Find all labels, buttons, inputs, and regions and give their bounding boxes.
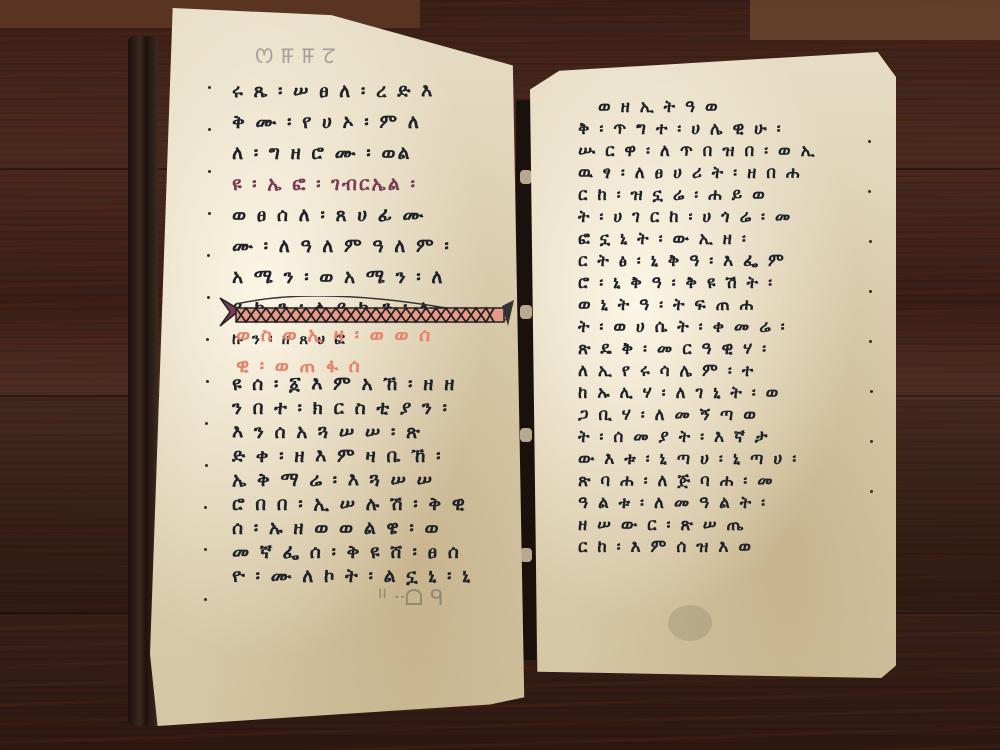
text-line: ወ ዘ ኢ ት ዓ ወ	[578, 96, 817, 118]
pricking-hole	[207, 296, 210, 299]
pricking-hole	[870, 440, 873, 443]
pricking-hole	[870, 490, 873, 493]
text-line: ዮ ፡ ሙ ለ ኮ ት ፡ ል ኗ ኒ ፡ ኒ	[232, 564, 472, 588]
text-line: ጋ ቢ ሃ ፡ ለ መ ኝ ጣ ወ	[578, 404, 817, 426]
pricking-hole	[868, 190, 871, 193]
text-line: ር ከ ፡ እ ም ሰ ዝ እ ወ	[578, 536, 817, 558]
text-line: ው እ ቱ ፡ ኒ ጣ ሀ ፡ ኒ ጣ ሀ ፡	[578, 448, 817, 470]
right-text: ወ ዘ ኢ ት ዓ ወ ቅ ፡ ጥ ግ ተ ፡ ሀ ሌ ዊ ሁ ፡ ሡ ር ዋ …	[578, 96, 817, 558]
pricking-hole	[204, 548, 207, 551]
pricking-hole	[204, 598, 207, 601]
text-line: ጽ ዴ ቅ ፡ መ ር ዓ ዊ ሃ ፡	[578, 338, 817, 360]
text-line: ዩ ሰ ፡ ፩ እ ም አ ኸ ፡ ዘ ዘ	[232, 372, 472, 396]
binding-stitch	[520, 305, 532, 319]
text-line: ፎ ኗ ኒ ት ፡ ው ኢ ዘ ፡	[578, 228, 817, 250]
text-line: ሩ ጼ ፡ ሠ ፀ ለ ፡ ረ ድ እ	[232, 76, 451, 107]
text-line: ሙ ፡ ለ ዓ ለ ም ዓ ለ ም ፡	[232, 231, 451, 262]
text-line: ት ፡ ሰ መ ያ ት ፡ እ ኛ ታ	[578, 426, 817, 448]
stain-mark	[668, 605, 712, 641]
binding-stitch	[520, 170, 532, 184]
text-line: ት ፡ ወ ሀ ሴ ት ፡ ቀ መ ሬ ፡	[578, 316, 817, 338]
text-line: ቅ ፡ ጥ ግ ተ ፡ ሀ ሌ ዊ ሁ ፡	[578, 118, 817, 140]
text-line: ሡ ር ዋ ፡ ለ ጥ በ ዝ በ ፡ ወ ኢ	[578, 140, 817, 162]
text-line: ሮ ፡ ኒ ቅ ዓ ፡ ቅ ዩ ሽ ት ፡	[578, 272, 817, 294]
pricking-hole	[206, 380, 209, 383]
text-line: ለ ፡ ግ ዘ ሮ ሙ ፡ ወል	[232, 138, 451, 169]
text-line: ር ት ፅ ፡ ኒ ቅ ዓ ፡ እ ፌ ም	[578, 250, 817, 272]
binding-stitch	[520, 428, 532, 442]
text-line: ዉ ፃ ፡ ለ ፀ ሀ ሪ ት ፡ ዘ በ ሐ	[578, 162, 817, 184]
text-line: ዓ ል ቱ ፡ ለ መ ዓ ል ት ፡	[578, 492, 817, 514]
text-line: ር ከ ፡ ዝ ኗ ሬ ፡ ሐ ይ ወ	[578, 184, 817, 206]
pencil-note-bottom: ᐦ ᐧᐧᗝ ᑫ	[378, 586, 444, 611]
pricking-hole	[208, 86, 211, 89]
pricking-hole	[204, 506, 207, 509]
text-line: አ ሜ ን ፡ ወ አ ሜ ን ፡ ለ	[232, 262, 451, 293]
text-line: ከ ኡ ሊ ሃ ፡ ለ ገ ኒ ት ፡ ወ	[578, 382, 817, 404]
text-line: ወ ፀ ሰ ለ ፡ ጸ ሀ ፊ ሙ	[232, 200, 451, 231]
pricking-hole	[207, 254, 210, 257]
pricking-hole	[206, 338, 209, 341]
pricking-hole	[208, 170, 211, 173]
pricking-hole	[869, 340, 872, 343]
pricking-hole	[205, 464, 208, 467]
text-line: ጽ ባ ሐ ፡ ለ ጅ ባ ሐ ፡ መ	[578, 470, 817, 492]
text-line: እ ን ሰ አ ጓ ሠ ሠ ፡ ጽ	[232, 420, 472, 444]
text-line: ሮ በ በ ፡ ኢ ሠ ሉ ሽ ፡ ቅ ዊ	[232, 492, 472, 516]
pricking-hole	[205, 422, 208, 425]
wood-block	[0, 395, 130, 615]
rubric-line: ወ ስ ወ ኢ ዛ ፡ ወ ወ ሰ	[236, 320, 432, 351]
text-line: ት ፡ ሀ ገ ር ከ ፡ ሀ ጎ ሬ ፡ መ	[578, 206, 817, 228]
pricking-hole	[208, 212, 211, 215]
pricking-hole	[869, 290, 872, 293]
pricking-hole	[869, 240, 872, 243]
text-line: ሰ ፡ ኡ ዘ ወ ወ ል ዌ ፡ ወ	[232, 516, 472, 540]
text-line: ን በ ተ ፡ ክ ር ስ ቲ ያ ን ፡	[232, 396, 472, 420]
text-line: መ ኛ ፌ ሰ ፡ ቅ ዩ ሸ ፡ ፀ ሰ	[232, 540, 472, 564]
text-line: ለ ኢ የ ሩ ሳ ሌ ም ፡ ተ	[578, 360, 817, 382]
text-line: ድ ቀ ፡ ዘ እ ም ዛ ቤ ኸ ፡	[232, 444, 472, 468]
wood-plank	[750, 0, 1000, 40]
text-line: ዘ ሠ ው ር ፡ ጽ ሠ ጤ	[578, 514, 817, 536]
pricking-hole	[870, 390, 873, 393]
text-line: ኤ ቅ ማ ሬ ፡ እ ጓ ሠ ሠ	[232, 468, 472, 492]
pricking-hole	[868, 140, 871, 143]
binding-stitch	[520, 548, 532, 562]
rubric-line: ዩ ፡ ኤ ፎ ፡ ገብርኤል ፡	[232, 169, 451, 200]
left-text-bottom: ዩ ሰ ፡ ፩ እ ም አ ኸ ፡ ዘ ዘ ን በ ተ ፡ ክ ር ስ ቲ ያ …	[232, 372, 472, 588]
text-line: ወ ኒ ት ዓ ፡ ት ፍ ጠ ሐ	[578, 294, 817, 316]
pencil-note-top: ꯁ ꯝ ꯝ ꯖ	[255, 40, 335, 71]
pricking-hole	[208, 128, 211, 131]
wood-block	[880, 400, 1000, 610]
text-line: ቅ ሙ ፡ የ ሀ ኦ ፡ ም ለ	[232, 107, 451, 138]
